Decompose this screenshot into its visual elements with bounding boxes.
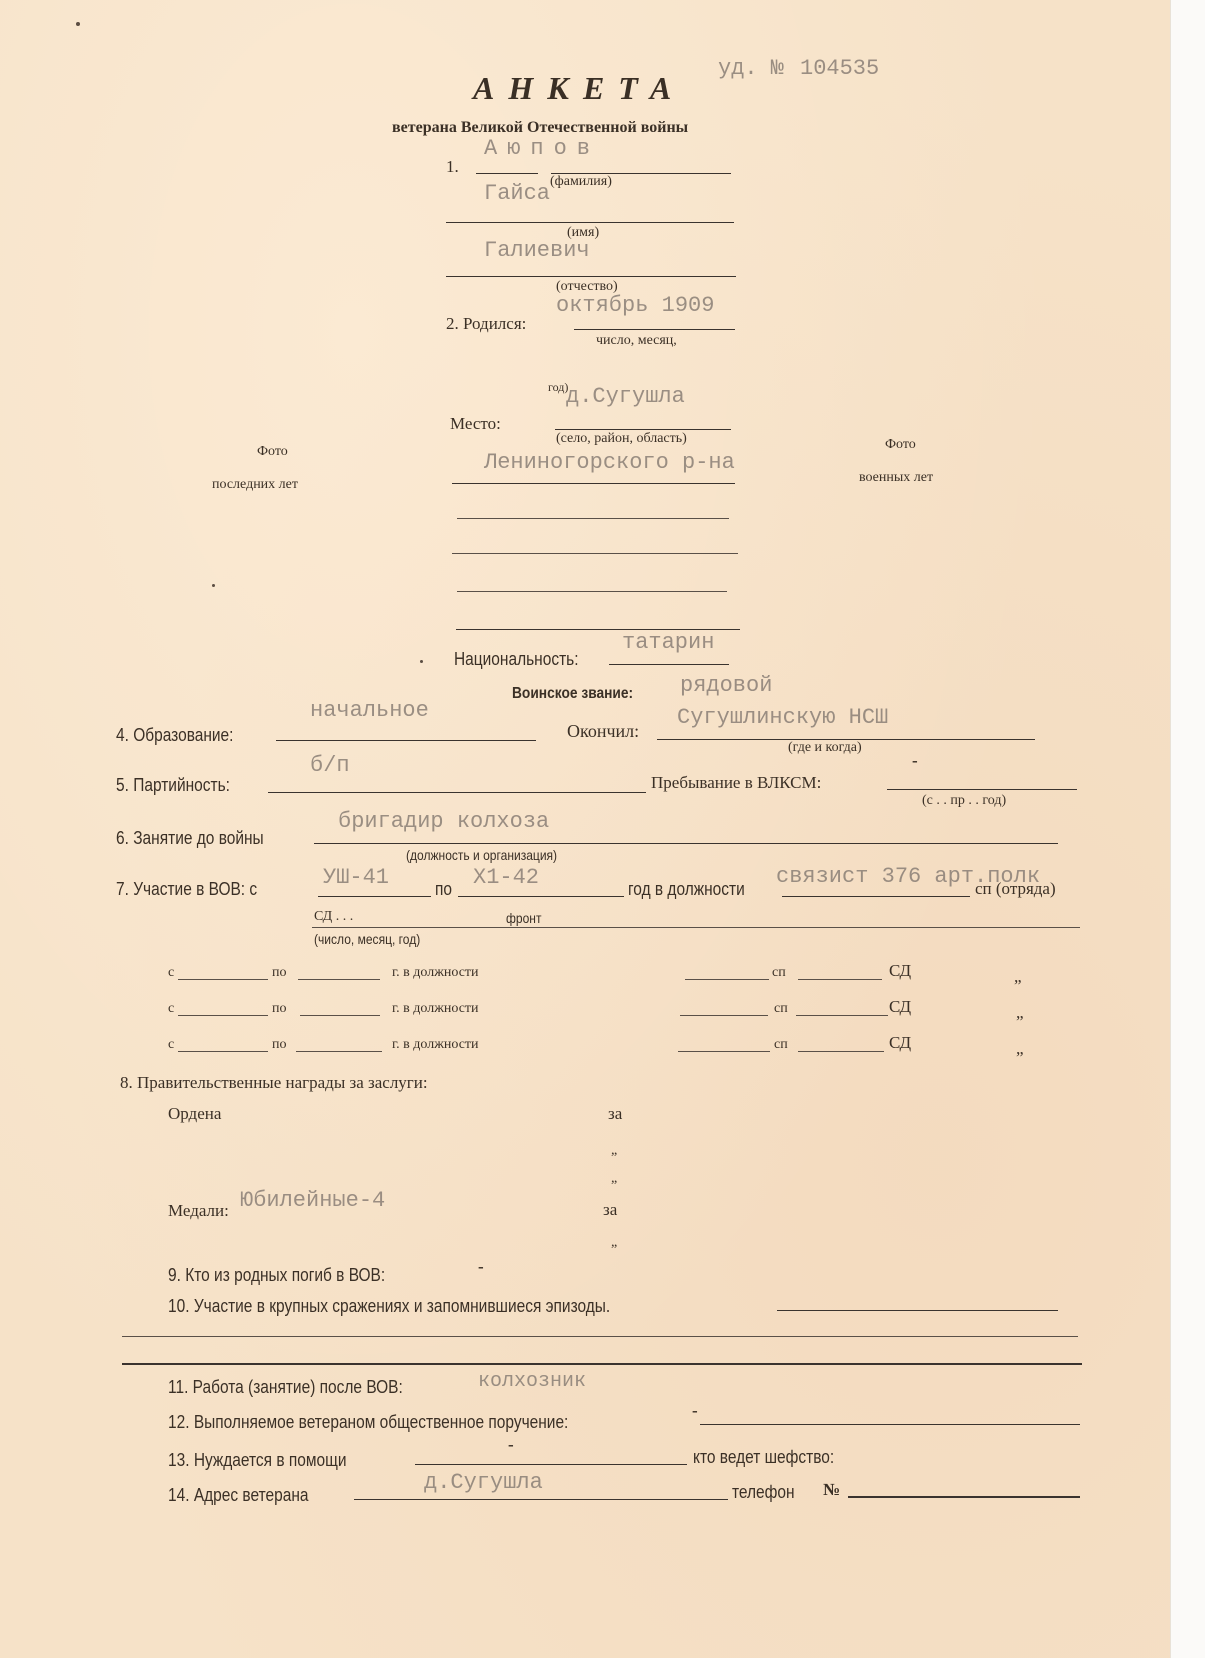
phone-label: телефон [732,1483,795,1501]
orders-ditto-2: „ [611,1172,617,1186]
address-line [354,1499,728,1500]
public-duty-label: 12. Выполняемое ветераном общественное п… [168,1413,568,1431]
battles-line-2 [122,1336,1078,1337]
needs-help-value: - [508,1436,514,1453]
public-duty-value: - [692,1402,698,1419]
graduated-value: Сугушлинскую НСШ [677,707,888,729]
blank-line-1 [457,518,729,519]
patronage-label: кто ведет шефство: [693,1448,834,1466]
medals-label: Медали: [168,1202,229,1219]
photo-right-label: Фото [885,438,916,452]
medals-for-label: за [603,1201,617,1218]
war-date-caption: (число, месяц, год) [314,932,420,946]
birth-date-line [574,329,735,330]
patronymic-value: Галиевич [484,240,590,262]
row-sd-label: СД [889,998,911,1015]
row-from-label: с [168,966,174,980]
postwar-work-value: колхозник [478,1372,586,1392]
row-to-line [300,1015,380,1016]
education-value: начальное [310,700,429,722]
cert-number-label: уд. № [718,58,784,80]
komsomol-line [887,789,1077,790]
graduated-label: Окончил: [567,722,639,740]
party-label: 5. Партийность: [116,776,230,794]
row-to-line [298,979,380,980]
row-from-label: с [168,1002,174,1016]
nationality-value: татарин [622,632,714,654]
medals-ditto: „ [611,1236,617,1250]
orders-ditto-1: „ [611,1144,617,1158]
first-name-line [446,222,734,223]
row-sp-label: сп [774,1002,788,1016]
row-to-label: по [272,1038,287,1052]
questionnaire-page: АНКЕТА уд. № 104535 ветерана Великой Оте… [0,0,1170,1658]
medals-value: Юбилейные-4 [240,1190,385,1212]
row-ditto: „ [1016,1040,1024,1057]
graduated-caption: (где и когда) [788,741,862,755]
war-position-label: год в должности [628,880,745,898]
prewar-occupation-caption: (должность и организация) [406,848,557,862]
place-line [555,429,731,430]
blank-line-3 [457,591,727,592]
surname-line-a [476,173,538,174]
row-from-line [178,1051,268,1052]
rank-value: рядовой [680,675,772,697]
patronymic-caption: (отчество) [556,280,618,294]
speck [212,584,215,587]
form-title: АНКЕТА [473,72,685,104]
row-position-label: г. в должности [392,966,479,980]
address-value: д.Сугушла [424,1472,543,1494]
division-line [312,927,1080,928]
education-label: 4. Образование: [116,726,233,744]
first-name-value: Гайса [484,183,550,205]
cert-number: 104535 [800,58,879,80]
phone-line [848,1496,1080,1498]
orders-label: Ордена [168,1105,221,1122]
party-value: б/п [310,755,350,777]
birth-date-value: октябрь 1909 [556,295,714,317]
district-value: Лениногорского р-на [484,452,735,474]
surname-value: Аюпов [484,138,600,160]
birth-place-value: д.Сугушла [566,386,685,408]
needs-help-label: 13. Нуждается в помощи [168,1451,347,1469]
needs-help-line [415,1464,687,1465]
row-from-line [178,1015,268,1016]
komsomol-label: Пребывание в ВЛКСМ: [651,774,821,791]
orders-for-label: за [608,1105,622,1122]
public-duty-line [700,1424,1080,1425]
relatives-killed-label: 9. Кто из родных погиб в ВОВ: [168,1266,385,1284]
battles-line-1 [777,1310,1058,1311]
place-caption: (село, район, область) [556,432,687,446]
place-label: Место: [450,415,501,432]
relatives-killed-value: - [478,1258,484,1275]
nationality-line [609,664,729,665]
prewar-occupation-value: бригадир колхоза [338,811,549,833]
front-label: фронт [506,911,541,925]
row-sp-line [680,1015,768,1016]
prewar-occupation-label: 6. Занятие до войны [116,829,264,847]
q1-number: 1. [446,158,459,175]
row-ditto: „ [1016,1004,1024,1021]
division-label: СД . . . [314,910,353,924]
battles-label: 10. Участие в крупных сражениях и запомн… [168,1297,610,1315]
form-subtitle: ветерана Великой Отечественной войны [392,120,688,136]
party-line [268,792,646,793]
phone-number-sign: № [823,1481,840,1498]
row-position-label: г. в должности [392,1002,479,1016]
nationality-label: Национальность: [454,650,579,668]
row-position-label: г. в должности [392,1038,479,1052]
speck [76,22,80,26]
row-sp-label: сп [772,966,786,980]
row-to-label: по [272,1002,287,1016]
photo-right-sublabel: военных лет [859,471,933,485]
birth-date-caption: число, месяц, [596,334,677,348]
postwar-work-label: 11. Работа (занятие) после ВОВ: [168,1378,403,1396]
rank-label: Воинское звание: [512,686,633,702]
war-from-line [318,896,431,897]
speck [420,660,423,663]
war-to-value: Х1-42 [473,867,539,889]
surname-caption: (фамилия) [550,175,612,189]
war-unit-suffix: сп (отряда) [975,880,1056,897]
row-sd-line [796,1015,888,1016]
row-sd-label: СД [889,1034,911,1051]
photo-left-sublabel: последних лет [212,478,298,492]
row-ditto: „ [1014,968,1022,985]
row-sd-label: СД [889,962,911,979]
row-to-line [296,1051,382,1052]
row-from-label: с [168,1038,174,1052]
prewar-occupation-line [314,843,1058,844]
address-label: 14. Адрес ветерана [168,1486,308,1504]
war-to-line [458,896,624,897]
row-sd-line [798,1051,884,1052]
photo-left-label: Фото [257,445,288,459]
row-sp-line [685,979,769,980]
battles-line-3 [122,1363,1082,1365]
war-participation-label: 7. Участие в ВОВ: с [116,880,257,898]
row-sp-line [678,1051,770,1052]
row-sp-label: сп [774,1038,788,1052]
row-sd-line [798,979,882,980]
war-to-label: по [435,880,452,898]
scan-margin [1170,0,1205,1658]
row-to-label: по [272,966,287,980]
row-from-line [178,979,268,980]
awards-label: 8. Правительственные награды за заслуги: [120,1074,428,1091]
war-position-line [782,896,970,897]
born-label: 2. Родился: [446,315,526,332]
blank-line-2 [452,553,738,554]
war-from-value: УШ-41 [323,867,389,889]
education-line [276,740,536,741]
komsomol-value: - [912,752,918,769]
komsomol-caption: (с . . пр . . год) [922,794,1006,808]
patronymic-line [446,276,736,277]
district-line [452,483,735,484]
